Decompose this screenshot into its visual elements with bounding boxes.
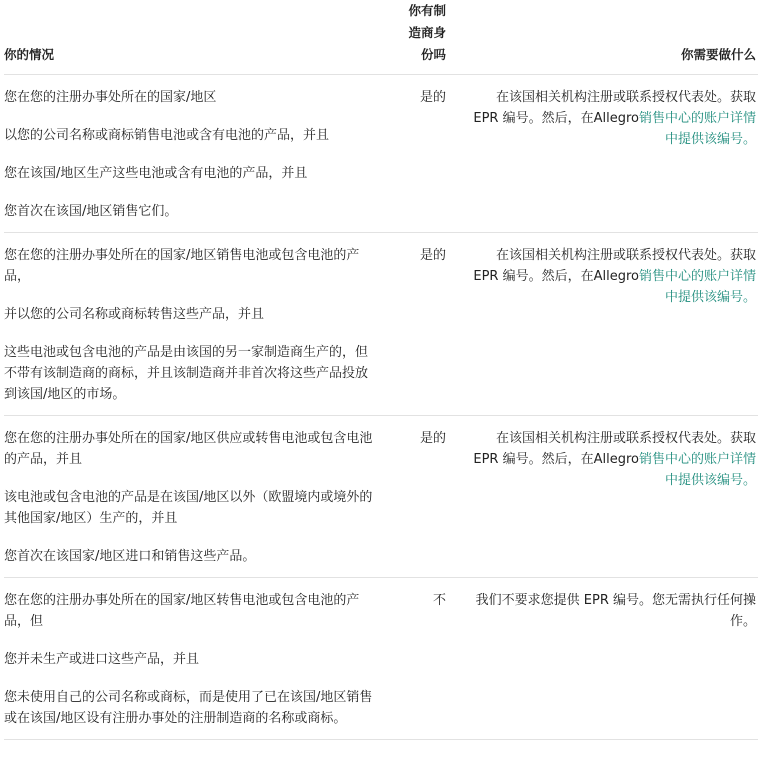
header-situation: 你的情况: [4, 0, 382, 75]
table-row: 您在您的注册办事处所在的国家/地区供应或转售电池或包含电池的产品，并且 该电池或…: [4, 416, 758, 578]
situation-cell: 您在您的注册办事处所在的国家/地区转售电池或包含电池的产品，但 您并未生产或进口…: [4, 578, 382, 740]
epr-requirements-table: 你的情况 你有制造商身份吗 你需要做什么 您在您的注册办事处所在的国家/地区 以…: [4, 0, 758, 740]
header-action: 你需要做什么: [448, 0, 758, 75]
manufacturer-cell: 是的: [382, 75, 448, 233]
table-header-row: 你的情况 你有制造商身份吗 你需要做什么: [4, 0, 758, 75]
action-cell: 在该国相关机构注册或联系授权代表处。获取 EPR 编号。然后，在Allegro销…: [448, 416, 758, 578]
seller-center-account-link[interactable]: 销售中心的账户详情中提供该编号。: [639, 111, 756, 147]
table-row: 您在您的注册办事处所在的国家/地区 以您的公司名称或商标销售电池或含有电池的产品…: [4, 75, 758, 233]
header-is-manufacturer: 你有制造商身份吗: [382, 0, 448, 75]
manufacturer-cell: 是的: [382, 416, 448, 578]
table-row: 您在您的注册办事处所在的国家/地区转售电池或包含电池的产品，但 您并未生产或进口…: [4, 578, 758, 740]
action-cell: 我们不要求您提供 EPR 编号。您无需执行任何操作。: [448, 578, 758, 740]
manufacturer-cell: 不: [382, 578, 448, 740]
situation-cell: 您在您的注册办事处所在的国家/地区销售电池或包含电池的产品， 并以您的公司名称或…: [4, 233, 382, 416]
seller-center-account-link[interactable]: 销售中心的账户详情中提供该编号。: [639, 452, 756, 488]
situation-cell: 您在您的注册办事处所在的国家/地区供应或转售电池或包含电池的产品，并且 该电池或…: [4, 416, 382, 578]
manufacturer-cell: 是的: [382, 233, 448, 416]
seller-center-account-link[interactable]: 销售中心的账户详情中提供该编号。: [639, 269, 756, 305]
action-cell: 在该国相关机构注册或联系授权代表处。获取 EPR 编号。然后，在Allegro销…: [448, 233, 758, 416]
table-row: 您在您的注册办事处所在的国家/地区销售电池或包含电池的产品， 并以您的公司名称或…: [4, 233, 758, 416]
action-cell: 在该国相关机构注册或联系授权代表处。获取 EPR 编号。然后，在Allegro销…: [448, 75, 758, 233]
situation-cell: 您在您的注册办事处所在的国家/地区 以您的公司名称或商标销售电池或含有电池的产品…: [4, 75, 382, 233]
